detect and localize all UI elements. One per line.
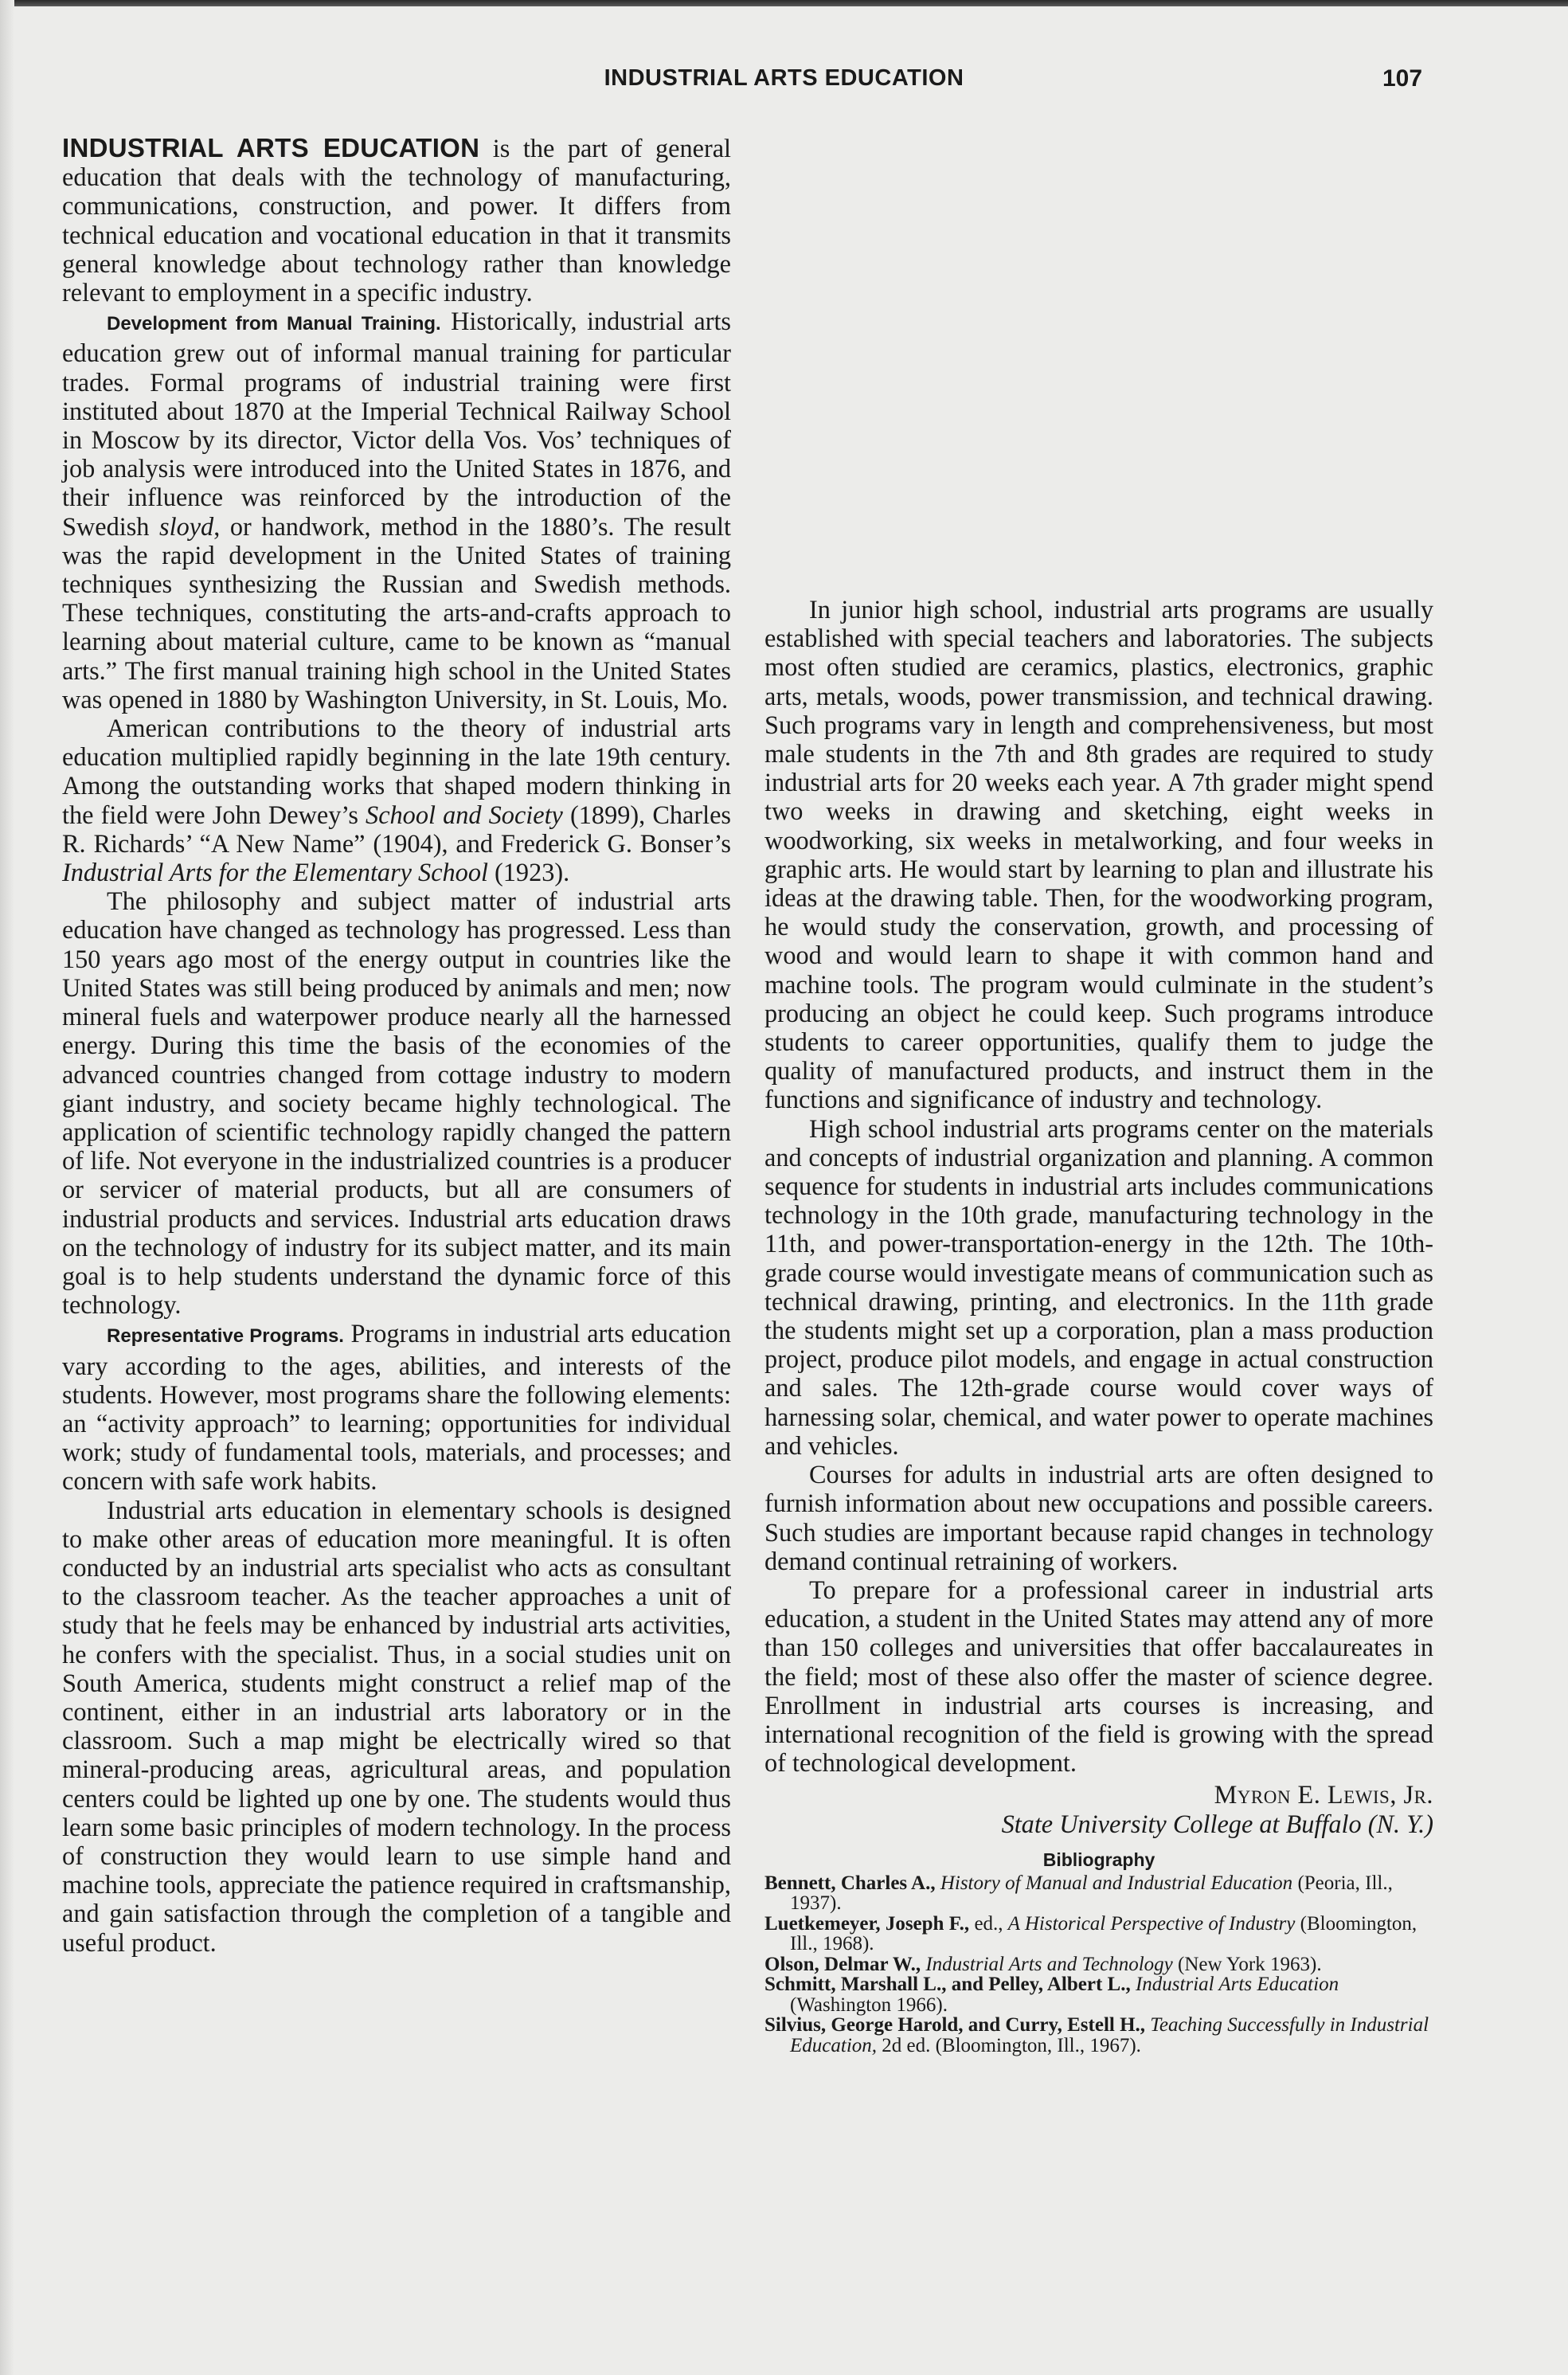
paragraph-high-school: High school industrial arts programs cen…: [764, 1114, 1433, 1460]
author-affiliation: State University College at Buffalo (N. …: [764, 1810, 1433, 1838]
bibliography-entry: Silvius, George Harold, and Curry, Estel…: [764, 2015, 1433, 2056]
running-head: INDUSTRIAL ARTS EDUCATION 107: [0, 65, 1568, 97]
article-title: INDUSTRIAL ARTS EDUCATION: [62, 133, 479, 162]
bibliography-entry: Olson, Delmar W., Industrial Arts and Te…: [764, 1954, 1433, 1975]
paragraph-american-contributions: American contributions to the theory of …: [62, 714, 731, 886]
page-number: 107: [1382, 65, 1422, 92]
paragraph-philosophy: The philosophy and subject matter of ind…: [62, 886, 731, 1319]
left-column: INDUSTRIAL ARTS EDUCATION is the part of…: [62, 134, 731, 2015]
paragraph-professional-career: To prepare for a professional career in …: [764, 1575, 1433, 1777]
scan-gutter-shadow: [0, 0, 14, 2375]
paragraph-representative-programs: Representative Programs. Programs in ind…: [62, 1319, 731, 1495]
bibliography-heading: Bibliography: [764, 1846, 1433, 1873]
paragraph-adult-courses: Courses for adults in industrial arts ar…: [764, 1460, 1433, 1575]
scan-top-edge: [0, 0, 1568, 6]
author-signature: Myron E. Lewis, Jr.: [764, 1780, 1433, 1809]
bibliography-entry: Bennett, Charles A., History of Manual a…: [764, 1873, 1433, 1914]
paragraph-manual-training: Development from Manual Training. Histor…: [62, 307, 731, 714]
section-heading-development: Development from Manual Training.: [107, 313, 441, 335]
bibliography-list: Bennett, Charles A., History of Manual a…: [764, 1873, 1433, 2056]
section-heading-programs: Representative Programs.: [107, 1325, 344, 1347]
paragraph-elementary-continued: Industrial arts education in elementary …: [764, 134, 1433, 595]
paragraph-junior-high: In junior high school, industrial arts p…: [764, 595, 1433, 1114]
bibliography-entry: Luetkemeyer, Joseph F., ed., A Historica…: [764, 1914, 1433, 1954]
bibliography-entry: Schmitt, Marshall L., and Pelley, Albert…: [764, 1974, 1433, 2015]
intro-paragraph: INDUSTRIAL ARTS EDUCATION is the part of…: [62, 134, 731, 307]
running-title: INDUSTRIAL ARTS EDUCATION: [0, 65, 1568, 92]
right-column: Industrial arts education in elementary …: [764, 134, 1433, 2056]
paragraph-elementary: Industrial arts education in elementary …: [62, 1496, 731, 2015]
